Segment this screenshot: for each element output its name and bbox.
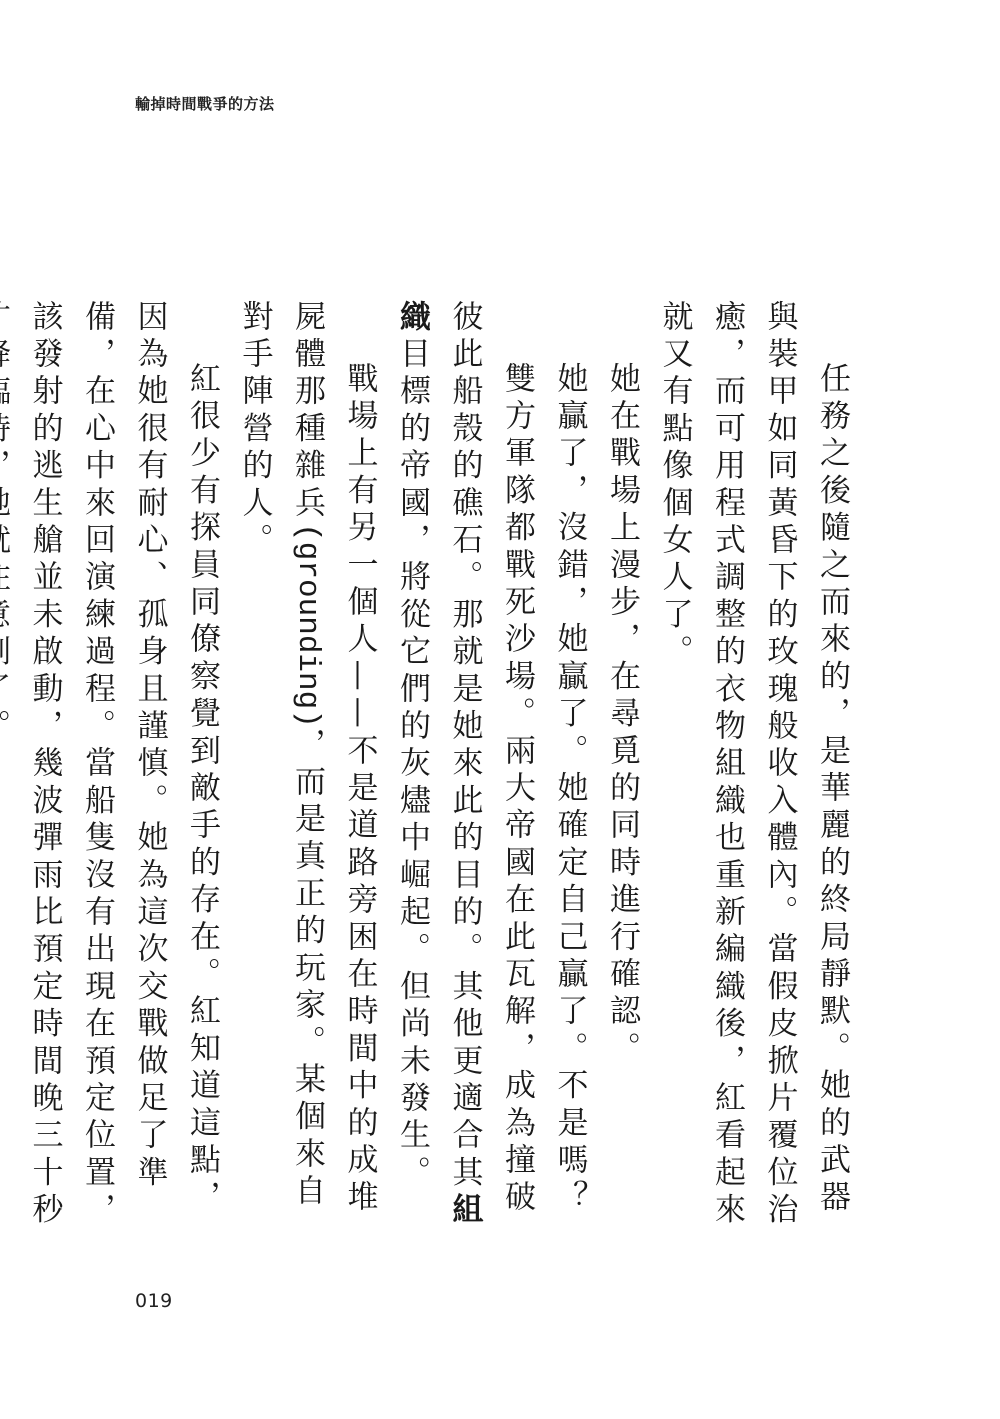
paragraph-text: 雙方軍隊都戰死沙場。兩大帝國在此瓦解，成為撞破彼此船殼的礁石。那就是她來此的目的… xyxy=(447,300,536,1218)
paragraph-5: 戰場上有另一個人——不是道路旁困在時間中的成堆屍體那種雜兵(grounding)… xyxy=(228,300,386,1230)
paragraph-text: 紅很少有探員同僚察覺到敵手的存在。紅知道這點，因為她很有耐心、孤身且謹慎。她為這… xyxy=(0,300,220,1230)
paragraph-text: 目標的帝國，將從它們的灰燼中崛起。但尚未發生。 xyxy=(394,337,430,1193)
paragraph-4: 雙方軍隊都戰死沙場。兩大帝國在此瓦解，成為撞破彼此船殼的礁石。那就是她來此的目的… xyxy=(386,300,544,1230)
paragraph-text: 任務之後隨之而來的，是華麗的終局靜默。她的武器與裝甲如同黃昏下的玫瑰般收入體內。… xyxy=(657,300,851,1230)
paragraph-1: 任務之後隨之而來的，是華麗的終局靜默。她的武器與裝甲如同黃昏下的玫瑰般收入體內。… xyxy=(648,300,858,1230)
body-text: 任務之後隨之而來的，是華麗的終局靜默。她的武器與裝甲如同黃昏下的玫瑰般收入體內。… xyxy=(118,300,858,1230)
paragraph-2: 她在戰場上漫步，在尋覓的同時進行確認。 xyxy=(596,300,649,1230)
paragraph-text: 她在戰場上漫步，在尋覓的同時進行確認。 xyxy=(604,362,640,1069)
latin-gloss: (grounding) xyxy=(290,523,325,728)
running-head-title: 輸掉時間戰爭的方法 xyxy=(135,93,275,114)
page-number: 019 xyxy=(135,1290,173,1312)
paragraph-6: 紅很少有探員同僚察覺到敵手的存在。紅知道這點，因為她很有耐心、孤身且謹慎。她為這… xyxy=(0,300,228,1230)
paragraph-3: 她贏了，沒錯，她贏了。她確定自己贏了。不是嗎？ xyxy=(543,300,596,1230)
paragraph-text: 她贏了，沒錯，她贏了。她確定自己贏了。不是嗎？ xyxy=(552,362,588,1218)
